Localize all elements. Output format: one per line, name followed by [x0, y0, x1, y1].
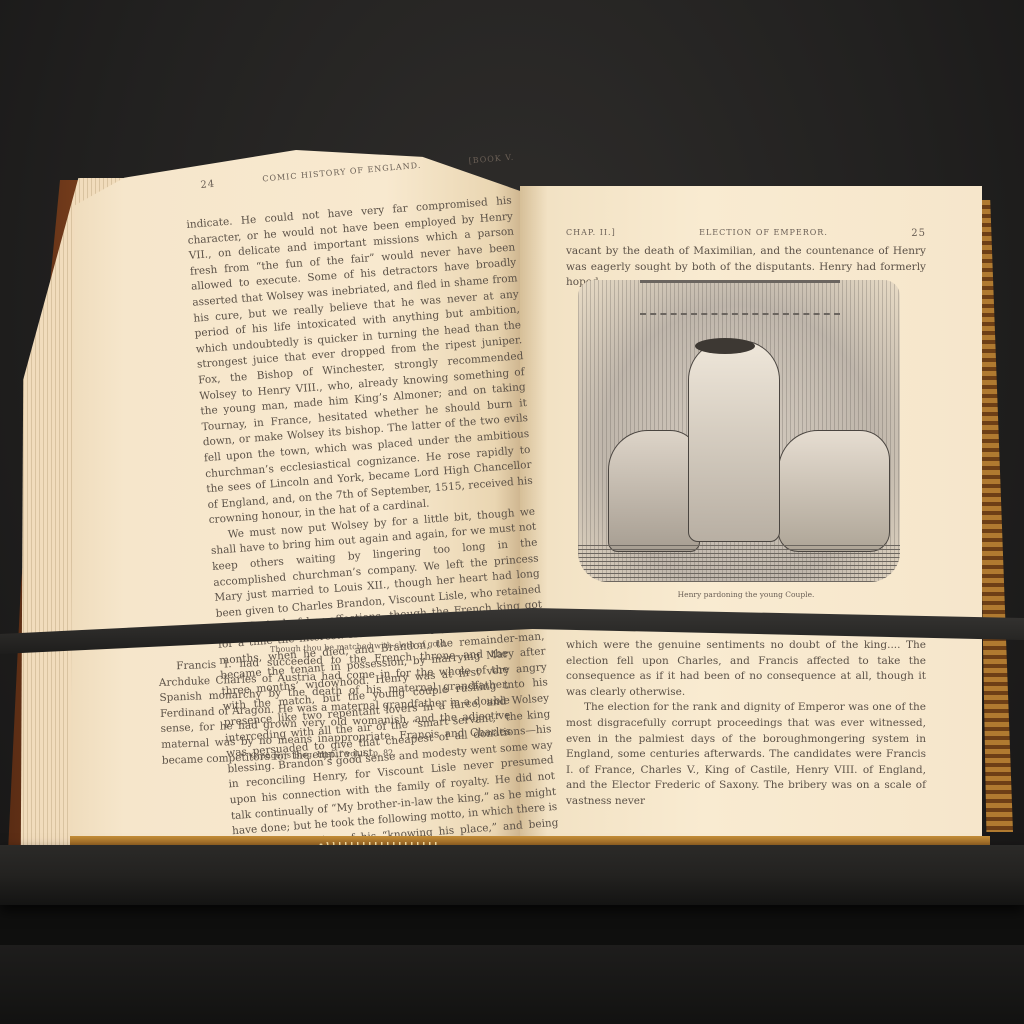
illustration-caption: Henry pardoning the young Couple.: [566, 590, 926, 599]
kneeling-man-figure: [608, 430, 700, 552]
king-hat: [695, 338, 755, 354]
left-page-body: indicate. He could not have very far com…: [186, 194, 560, 872]
book-stand-ledge: [0, 845, 1024, 905]
book-stand-base: [0, 905, 1024, 945]
table-surface: [0, 945, 1024, 1024]
king-figure: [688, 340, 780, 542]
right-running-title: ELECTION OF EMPEROR.: [699, 228, 828, 239]
engraving-illustration: [578, 280, 900, 582]
curtain-drape: [640, 280, 840, 315]
floor-hatching: [578, 542, 900, 582]
right-running-head: CHAP. II.] ELECTION OF EMPEROR. 25: [566, 228, 926, 239]
left-page-number: 24: [200, 179, 216, 191]
paragraph: The election for the rank and dignity of…: [566, 700, 926, 809]
right-page-lower-body: which were the genuine sentiments no dou…: [566, 638, 926, 810]
paragraph: which were the genuine sentiments no dou…: [566, 638, 926, 700]
paragraph: indicate. He could not have very far com…: [186, 194, 534, 529]
right-running-chapter: CHAP. II.]: [566, 228, 616, 239]
right-page-number: 25: [911, 228, 926, 239]
kneeling-woman-figure: [778, 430, 890, 552]
